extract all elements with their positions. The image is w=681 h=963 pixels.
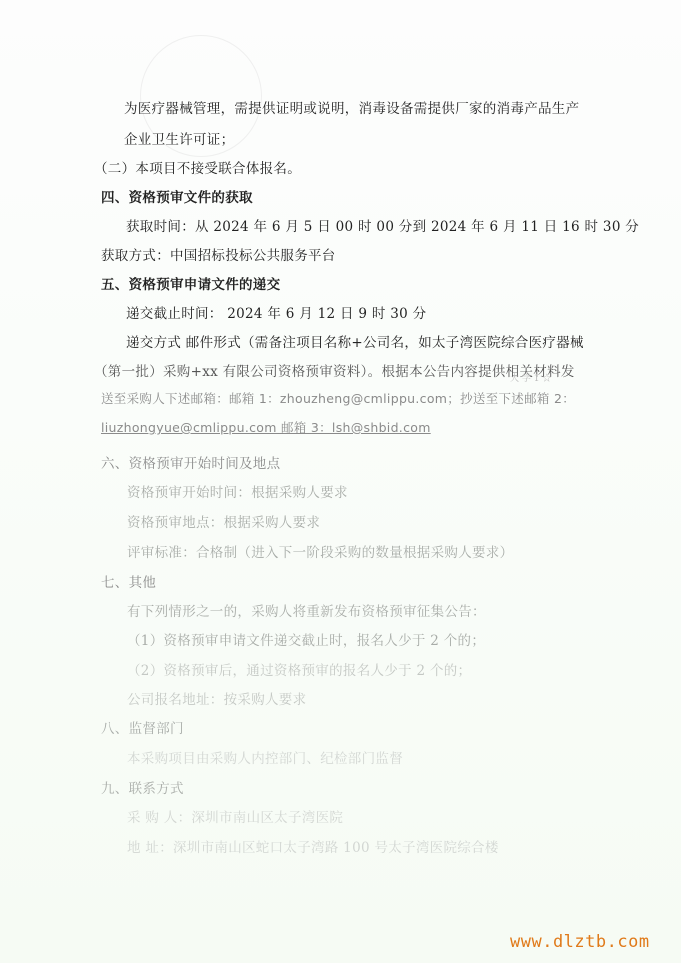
body-line: 企业卫生许可证； (124, 128, 234, 148)
overlay-text: 大 学 1 ☆ (510, 371, 551, 384)
document-page: 为医疗器械管理，需提供证明或说明，消毒设备需提供厂家的消毒产品生产 企业卫生许可… (0, 0, 681, 963)
body-line: 递交截止时间： 2024 年 6 月 12 日 9 时 30 分 (126, 302, 426, 322)
email-link-line[interactable]: liuzhongyue@cmlippu.com 邮箱 3：lsh@shbid.c… (101, 418, 431, 436)
body-line: （第一批）采购+xx 有限公司资格预审资料）。根据本公告内容提供相关材料发 (94, 360, 575, 380)
body-line: 评审标准：合格制（进入下一阶段采购的数量根据采购人要求） (127, 541, 513, 561)
body-line: 地 址：深圳市南山区蛇口太子湾路 100 号太子湾医院综合楼 (127, 836, 499, 856)
section-heading: 八、监督部门 (101, 717, 184, 737)
section-heading: 九、联系方式 (101, 777, 184, 797)
body-line: （1）资格预审申请文件递交截止时，报名人少于 2 个的； (127, 629, 485, 649)
body-line: 采 购 人：深圳市南山区太子湾医院 (127, 806, 343, 826)
body-line: 有下列情形之一的，采购人将重新发布资格预审征集公告： (127, 600, 486, 620)
body-line: 资格预审地点：根据采购人要求 (127, 511, 320, 531)
body-line: （二）本项目不接受联合体报名。 (94, 157, 301, 177)
body-line: 递交方式 邮件形式（需备注项目名称+公司名，如太子湾医院综合医疗器械 (126, 331, 584, 351)
section-heading: 六、资格预审开始时间及地点 (101, 452, 280, 472)
body-line: 获取时间：从 2024 年 6 月 5 日 00 时 00 分到 2024 年 … (126, 215, 639, 235)
body-line: 本采购项目由采购人内控部门、纪检部门监督 (127, 747, 403, 767)
section-heading: 五、资格预审申请文件的递交 (101, 273, 280, 293)
body-line: 为医疗器械管理，需提供证明或说明，消毒设备需提供厂家的消毒产品生产 (124, 97, 579, 117)
body-line: 公司报名地址：按采购人要求 (127, 688, 306, 708)
body-line-email-1: 送至采购人下述邮箱：邮箱 1：zhouzheng@cmlippu.com；抄送至… (101, 389, 575, 407)
section-heading: 七、其他 (101, 571, 156, 591)
body-line: 获取方式：中国招标投标公共服务平台 (101, 244, 336, 264)
section-heading: 四、资格预审文件的获取 (101, 186, 253, 206)
body-line: 资格预审开始时间：根据采购人要求 (127, 481, 348, 501)
site-watermark: www.dlztb.com (510, 932, 650, 952)
body-line: （2）资格预审后，通过资格预审的报名人少于 2 个的； (127, 659, 471, 679)
